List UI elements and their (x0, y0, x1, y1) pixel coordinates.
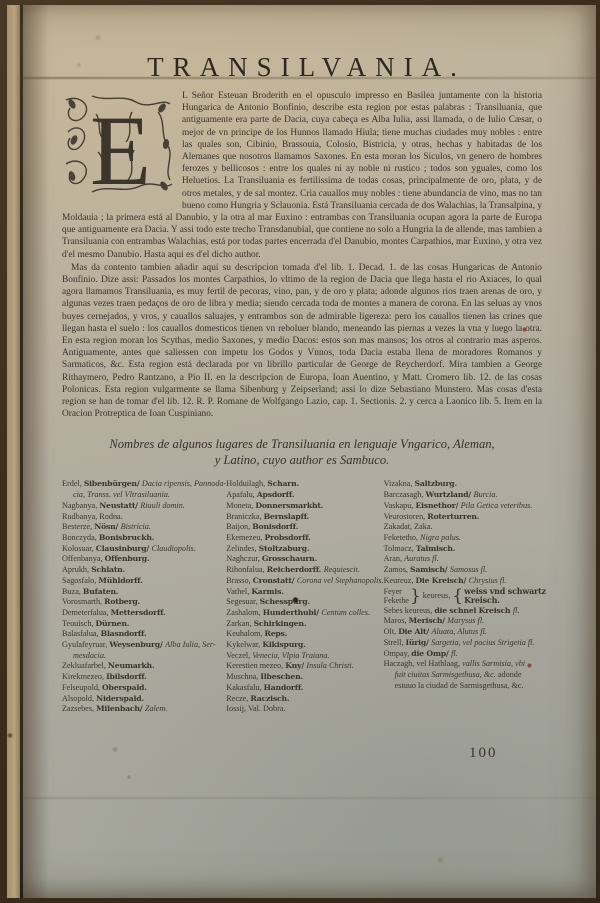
place-entry: Kolosuar, Clausinburg/ Claudiopolis. (62, 544, 226, 555)
page-title: TRANSILVANIA. (62, 52, 542, 83)
place-entry: Feketetho, Nigra palus. (384, 533, 546, 544)
place-entry: Zarkan, Schirkingen. (226, 619, 383, 630)
place-entry: Recze, Raczisch. (226, 694, 383, 705)
place-entry: Teuuisch, Dürnen. (62, 619, 226, 630)
place-entry: Vorosmarth, Rotberg. (62, 597, 226, 608)
place-entry: Nagbanya, Neustatt/ Riuuli domin. (62, 501, 226, 512)
intro-paragraph: E L Señor Esteuan Broderith en el opuscu… (62, 90, 542, 261)
page-number: 100 (469, 745, 498, 762)
place-entry: mesdacia. (62, 651, 226, 662)
place-entry: Moneta, Donnersmarkht. (226, 501, 383, 512)
printed-area: TRANSILVANIA. (24, 5, 596, 898)
place-entry: Offenbanya, Offenburg. (62, 554, 226, 565)
place-entry: Kakasfalu, Handorff. (226, 683, 383, 694)
place-entry: fuit ciuitas Sarmisgethusa, &c. adonde (384, 670, 546, 681)
svg-text:E: E (90, 95, 151, 198)
place-entry: Kykelwar, Kikispurg. (226, 640, 383, 651)
list-heading-line1: Nombres de algunos lugares de Transiluan… (62, 436, 542, 452)
place-entry: Baijon, Bonisdorff. (226, 522, 383, 533)
place-entry: Keuhalom, Reps. (226, 629, 383, 640)
place-entry: Erdel, Sibenbürgen/ Dacia ripensis, Pann… (62, 479, 226, 490)
description-paragraph: Mas da contento tambien añadir aqui su d… (62, 262, 542, 421)
place-entry: Haczagh, vel Hathlaag, vallis Sarmisia, … (384, 659, 546, 670)
place-entry: Rihonfalua, Reicherdorff. Requiescit. (226, 565, 383, 576)
place-entry: Zekluafarbel, Neumarkh. (62, 661, 226, 672)
place-entry: Rudbanya, Rodna. (62, 512, 226, 523)
place-entry: Brasso, Cronstatt/ Corona vel Stephanopo… (226, 576, 383, 587)
place-entry: Vathel, Karmis. (226, 587, 383, 598)
place-entry: Veczel, Venecia, Vlpia Traiana. (226, 651, 383, 662)
place-entry: Maros, Merisch/ Marysus fl. (384, 616, 546, 627)
place-entry: Kerestien mezeo, Kny/ Insula Christi. (226, 661, 383, 672)
place-entry: Gyulafeyruar, Weysenburg/ Alba Iulia, Se… (62, 640, 226, 651)
places-column-3: Vizakna, Saltzburg.Barczasagh, Wurtzland… (384, 479, 546, 714)
place-entry: Ekemezeu, Probsdorff. (226, 533, 383, 544)
place-entry: Bonczyda, Bonisbruckh. (62, 533, 226, 544)
place-entry: Apafalu, Apsdorff. (226, 490, 383, 501)
drop-cap-woodcut: E (62, 92, 174, 198)
place-entry: Alsopold, Niderspald. (62, 694, 226, 705)
list-heading-line2: y Latino, cuyo author es Sambuco. (62, 452, 542, 468)
place-entry: Segesuar, Schesspurg. (226, 597, 383, 608)
place-entry: Zelindes, Stoltzaburg. (226, 544, 383, 555)
place-entry: Keureuz, Die Kreisch/ Chrysius fl. (384, 576, 546, 587)
place-entry: Holduilagh, Scharn. (226, 479, 383, 490)
place-entry: Balasfalua, Blasndorff. (62, 629, 226, 640)
place-entry: Tolmacz, Talmisch. (384, 544, 546, 555)
place-entry: Muschna, Ilbeschen. (226, 672, 383, 683)
place-entry: cia, Transs. vel Vltrasiluania. (62, 490, 226, 501)
place-entry: Veurostoren, Roterturren. (384, 512, 546, 523)
place-entry: Zamos, Samisch/ Samosus fl. (384, 565, 546, 576)
body-text: E L Señor Esteuan Broderith en el opuscu… (62, 90, 542, 420)
place-entry: Zazsebes, Milenbach/ Zalem. (62, 704, 226, 715)
place-entry: estuuo la ciudad de Sarmisgethusa, &c. (384, 681, 546, 692)
place-entry: Zakadat, Zaka. (384, 522, 546, 533)
place-entry: Olt, Die Alt/ Aluata, Alutus fl. (384, 627, 546, 638)
place-entry: Barczasagh, Wurtzland/ Burcia. (384, 490, 546, 501)
places-column-2: Holduilagh, Scharn.Apafalu, Apsdorff.Mon… (226, 479, 383, 714)
place-entry: Naghczur, Grosschaurn. (226, 554, 383, 565)
place-entry: Zashalom, Hunderthubl/ Centum colles. (226, 608, 383, 619)
place-entry: Braniczka, Bernslapff. (226, 512, 383, 523)
place-entry: Kirekmezeo, Ibilsdorff. (62, 672, 226, 683)
page-edge-stack (7, 5, 20, 898)
place-entry: Iossij, Val. Dobra. (226, 704, 383, 715)
place-entry: Vizakna, Saltzburg. (384, 479, 546, 490)
place-entry: FeyerFekethe}keureus,{weiss vnd schwartz… (384, 587, 546, 606)
place-entry: Vaskapu, Eisnethor/ Pila Getica veteribu… (384, 501, 546, 512)
place-entry: Strell, Iürig/ Sargetia, vel pocius Stri… (384, 638, 546, 649)
place-entry: Buza, Bufaten. (62, 587, 226, 598)
place-name-columns: Erdel, Sibenbürgen/ Dacia ripensis, Pann… (62, 479, 542, 714)
place-entry: Sagosfalo, Mühldorff. (62, 576, 226, 587)
place-entry: Aran, Auratus fl. (384, 554, 546, 565)
list-heading: Nombres de algunos lugares de Transiluan… (62, 436, 542, 468)
place-entry: Felseupold, Oberspald. (62, 683, 226, 694)
place-entry: Aprukh, Schlatn. (62, 565, 226, 576)
place-entry: Sebes keureus, die schnel Kreisch fl. (384, 606, 546, 617)
places-column-1: Erdel, Sibenbürgen/ Dacia ripensis, Pann… (62, 479, 226, 714)
book-page: TRANSILVANIA. (7, 5, 596, 898)
place-entry: Besterze, Nösn/ Bistricia. (62, 522, 226, 533)
place-entry: Demeterfalua, Mettersdorff. (62, 608, 226, 619)
place-entry: Ompay, die Omp/ fl. (384, 649, 546, 660)
